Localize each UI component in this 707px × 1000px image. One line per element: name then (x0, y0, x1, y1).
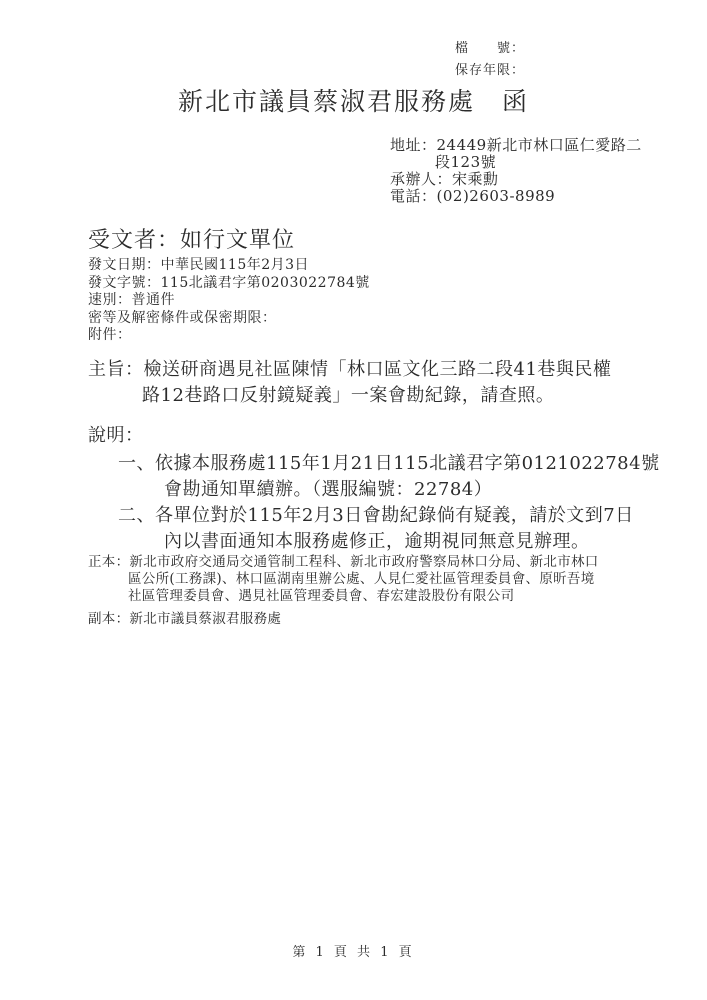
meta-attachment: 附件： (88, 327, 370, 345)
meta-issue-date: 發文日期：中華民國115年2月3日 (88, 257, 370, 275)
meta-speed: 速別：普通件 (88, 292, 370, 310)
retention-period-label: 保存年限： (455, 60, 525, 82)
header-classification-block: 檔 號： 保存年限： (455, 38, 525, 82)
cc-original-recipients: 正本：新北市政府交通局交通管制工程科、新北市政府警察局林口分局、新北市林口 區公… (88, 554, 633, 605)
contact-phone: 電話：(02)2603-8989 (390, 188, 707, 205)
explanation-item-2: 二、各單位對於115年2月3日會勘紀錄倘有疑義，請於文到7日 內以書面通知本服務… (118, 503, 693, 555)
meta-block: 發文日期：中華民國115年2月3日 發文字號：115北議君字第020302278… (88, 257, 370, 345)
recipient-line: 受文者：如行文單位 (88, 223, 295, 254)
contact-officer: 承辦人：宋乘勳 (390, 171, 707, 188)
meta-doc-number: 發文字號：115北議君字第0203022784號 (88, 275, 370, 293)
document-page: 檔 號： 保存年限： 新北市議員蔡淑君服務處 函 地址：24449新北市林口區仁… (0, 0, 707, 1000)
explanation-heading: 說明： (88, 421, 144, 447)
cc-copy-recipients: 副本：新北市議員蔡淑君服務處 (88, 611, 633, 628)
meta-security: 密等及解密條件或保密期限： (88, 310, 370, 328)
distribution-block: 正本：新北市政府交通局交通管制工程科、新北市政府警察局林口分局、新北市林口 區公… (88, 554, 633, 628)
contact-block: 地址：24449新北市林口區仁愛路二 段123號 承辦人：宋乘勳 電話：(02)… (390, 137, 707, 205)
page-title: 新北市議員蔡淑君服務處 函 (0, 82, 707, 118)
contact-address: 地址：24449新北市林口區仁愛路二 段123號 (390, 137, 707, 171)
page-number-footer: 第 1 頁 共 1 頁 (0, 941, 707, 960)
file-number-label: 檔 號： (455, 38, 525, 60)
subject-paragraph: 主旨：檢送研商遇見社區陳情「林口區文化三路二段41巷與民權 路12巷路口反射鏡疑… (88, 357, 673, 409)
explanation-item-1: 一、依據本服務處115年1月21日115北議君字第0121022784號 會勘通… (118, 451, 693, 503)
